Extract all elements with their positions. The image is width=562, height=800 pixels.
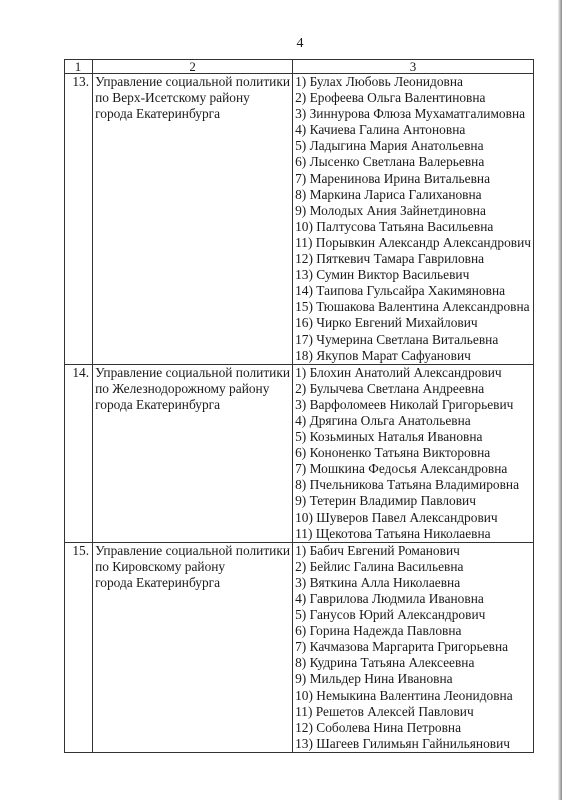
member-name: 1) Булах Любовь Леонидовна: [295, 74, 531, 90]
member-name: 9) Мильдер Нина Ивановна: [295, 671, 531, 687]
organization-line: города Екатеринбурга: [95, 106, 290, 122]
header-col-1: 1: [65, 60, 93, 74]
members-cell: 1) Булах Любовь Леонидовна2) Ерофеева Ол…: [293, 74, 534, 365]
organization-line: города Екатеринбурга: [95, 397, 290, 413]
organization-line: Управление социальной политики: [95, 74, 290, 90]
organization-cell: Управление социальной политикипо Верх-Ис…: [93, 74, 293, 365]
member-name: 8) Кудрина Татьяна Алексеевна: [295, 655, 531, 671]
organization-line: Управление социальной политики: [95, 543, 290, 559]
member-name: 10) Палтусова Татьяна Васильевна: [295, 219, 531, 235]
member-name: 10) Немыкина Валентина Леонидовна: [295, 688, 531, 704]
table-row: 14.Управление социальной политикипо Желе…: [65, 364, 534, 542]
member-name: 11) Порывкин Александр Александрович: [295, 235, 531, 251]
member-name: 11) Решетов Алексей Павлович: [295, 704, 531, 720]
member-name: 8) Маркина Лариса Галихановна: [295, 187, 531, 203]
member-name: 5) Козьминых Наталья Ивановна: [295, 429, 531, 445]
member-name: 3) Зиннурова Флюза Мухаматгалимовна: [295, 106, 531, 122]
member-name: 2) Бейлис Галина Васильевна: [295, 559, 531, 575]
header-col-3: 3: [293, 60, 534, 74]
page-number: 4: [0, 36, 562, 52]
member-name: 5) Ганусов Юрий Александрович: [295, 607, 531, 623]
member-name: 4) Качиева Галина Антоновна: [295, 122, 531, 138]
member-name: 7) Маренинова Ирина Витальевна: [295, 171, 531, 187]
organization-cell: Управление социальной политикипо Кировск…: [93, 542, 293, 752]
member-name: 2) Ерофеева Ольга Валентиновна: [295, 90, 531, 106]
member-name: 16) Чирко Евгений Михайлович: [295, 315, 531, 331]
member-name: 13) Сумин Виктор Васильевич: [295, 267, 531, 283]
member-name: 12) Соболева Нина Петровна: [295, 720, 531, 736]
member-name: 6) Кононенко Татьяна Викторовна: [295, 445, 531, 461]
member-name: 11) Щекотова Татьяна Николаевна: [295, 526, 531, 542]
member-name: 15) Тюшакова Валентина Александровна: [295, 299, 531, 315]
member-name: 10) Шуверов Павел Александрович: [295, 510, 531, 526]
member-name: 9) Тетерин Владимир Павлович: [295, 493, 531, 509]
row-number: 13.: [65, 74, 93, 365]
member-name: 2) Булычева Светлана Андреевна: [295, 381, 531, 397]
member-name: 1) Бабич Евгений Романович: [295, 543, 531, 559]
organization-line: Управление социальной политики: [95, 365, 290, 381]
member-name: 5) Ладыгина Мария Анатольевна: [295, 138, 531, 154]
members-cell: 1) Бабич Евгений Романович2) Бейлис Гали…: [293, 542, 534, 752]
member-name: 7) Качмазова Маргарита Григорьевна: [295, 639, 531, 655]
member-name: 7) Мошкина Федосья Александровна: [295, 461, 531, 477]
table-row: 15.Управление социальной политикипо Киро…: [65, 542, 534, 752]
member-name: 3) Вяткина Алла Николаевна: [295, 575, 531, 591]
members-cell: 1) Блохин Анатолий Александрович2) Булыч…: [293, 364, 534, 542]
member-name: 17) Чумерина Светлана Витальевна: [295, 332, 531, 348]
member-name: 4) Дрягина Ольга Анатольевна: [295, 413, 531, 429]
organization-line: по Кировскому району: [95, 559, 290, 575]
organization-line: по Верх-Исетскому району: [95, 90, 290, 106]
member-name: 12) Пяткевич Тамара Гавриловна: [295, 251, 531, 267]
member-name: 6) Лысенко Светлана Валерьевна: [295, 154, 531, 170]
organization-cell: Управление социальной политикипо Железно…: [93, 364, 293, 542]
member-name: 1) Блохин Анатолий Александрович: [295, 365, 531, 381]
commission-table: 1 2 3 13.Управление социальной политикип…: [64, 59, 534, 753]
row-number: 14.: [65, 364, 93, 542]
member-name: 4) Гаврилова Людмила Ивановна: [295, 591, 531, 607]
scan-edge: [558, 0, 562, 800]
member-name: 6) Горина Надежда Павловна: [295, 623, 531, 639]
table-header-row: 1 2 3: [65, 60, 534, 74]
member-name: 14) Таипова Гульсайра Хакимяновна: [295, 283, 531, 299]
header-col-2: 2: [93, 60, 293, 74]
member-name: 13) Шагеев Гилимьян Гайнильянович: [295, 736, 531, 752]
member-name: 8) Пчельникова Татьяна Владимировна: [295, 477, 531, 493]
row-number: 15.: [65, 542, 93, 752]
table-row: 13.Управление социальной политикипо Верх…: [65, 74, 534, 365]
member-name: 3) Варфоломеев Николай Григорьевич: [295, 397, 531, 413]
member-name: 18) Якупов Марат Сафуанович: [295, 348, 531, 364]
organization-line: города Екатеринбурга: [95, 575, 290, 591]
organization-line: по Железнодорожному району: [95, 381, 290, 397]
member-name: 9) Молодых Ания Зайнетдиновна: [295, 203, 531, 219]
